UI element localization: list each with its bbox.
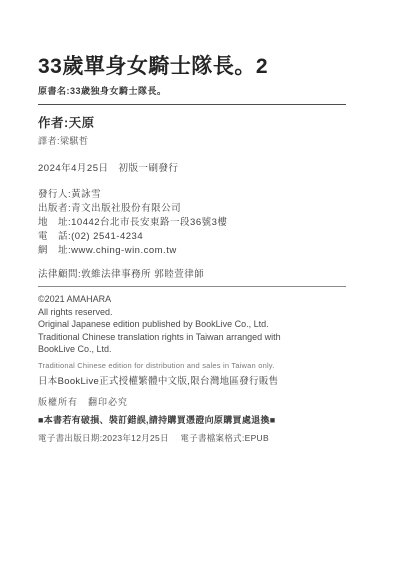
publisher-line-company: 出版者:青文出版社股份有限公司 (38, 202, 346, 216)
publisher-line-website: 網 址:www.ching-win.com.tw (38, 244, 346, 258)
copyright-line-original-edition: Original Japanese edition published by B… (38, 318, 346, 331)
copyright-line-rights: All rights reserved. (38, 306, 346, 319)
publisher-line-address: 地 址:10442台北市長安東路一段36號3樓 (38, 216, 346, 230)
damaged-copy-notice: ■本書若有破損、裝訂錯誤,請持購買憑證向原購買處退換■ (38, 413, 346, 426)
publisher-line-issuer: 發行人:黃詠雪 (38, 188, 346, 202)
taiwan-edition-notice-en: Traditional Chinese edition for distribu… (38, 361, 346, 370)
colophon-page: 33歲單身女騎士隊長。2 原書名:33歳独身女騎士隊長。 作者:天原 譯者:梁騏… (0, 0, 400, 568)
publisher-block: 發行人:黃詠雪 出版者:青文出版社股份有限公司 地 址:10442台北市長安東路… (38, 188, 346, 258)
top-divider (38, 104, 346, 105)
publisher-line-phone: 電 話:(02) 2541-4234 (38, 230, 346, 244)
copyright-line-translation-rights: Traditional Chinese translation rights i… (38, 331, 346, 344)
all-rights-reserved-line: 版權所有 翻印必究 (38, 395, 346, 408)
original-title-line: 原書名:33歳独身女騎士隊長。 (38, 84, 346, 97)
taiwan-edition-notice-zh: 日本BookLive正式授權繁體中文版,限台灣地區發行販售 (38, 373, 346, 387)
translator-line: 譯者:梁騏哲 (38, 134, 346, 147)
ebook-info-line: 電子書出版日期:2023年12月25日 電子書檔案格式:EPUB (38, 432, 346, 444)
copyright-line-booklive: BookLive Co., Ltd. (38, 343, 346, 356)
author-line: 作者:天原 (38, 113, 346, 131)
edition-date-line: 2024年4月25日 初版一刷發行 (38, 160, 346, 174)
copyright-block: ©2021 AMAHARA All rights reserved. Origi… (38, 293, 346, 356)
section-divider (38, 286, 346, 287)
book-title: 33歲單身女騎士隊長。2 (38, 54, 346, 80)
copyright-line-year: ©2021 AMAHARA (38, 293, 346, 306)
legal-advisor-line: 法律顧問:敦維法律事務所 郭睦萱律師 (38, 266, 346, 280)
